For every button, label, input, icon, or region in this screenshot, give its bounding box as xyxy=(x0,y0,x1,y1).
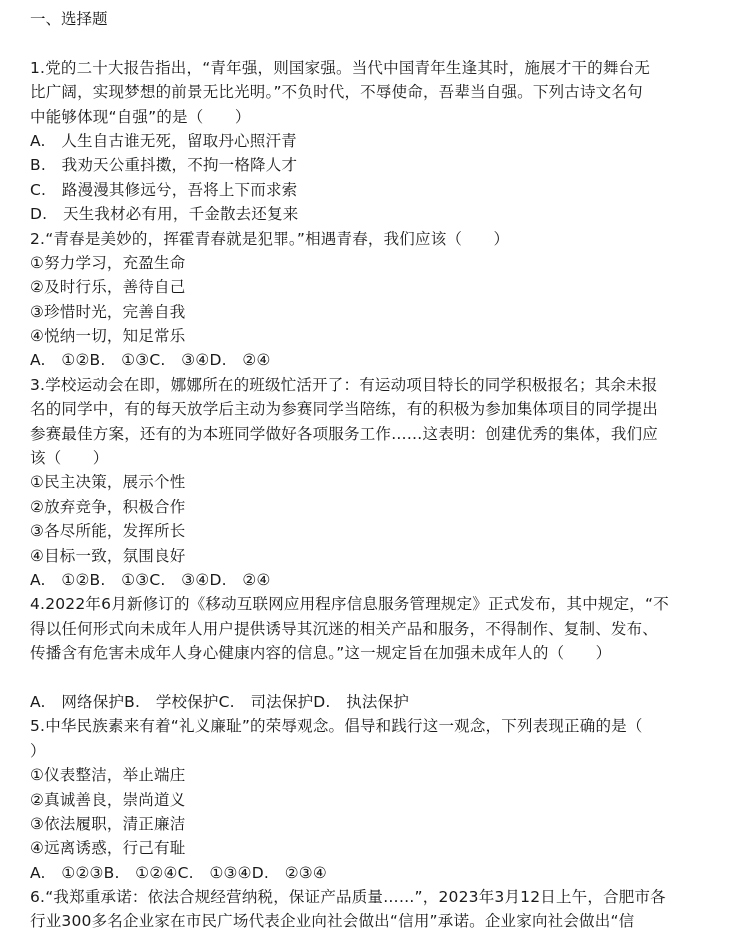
options-line: A. ①②B. ①③C. ③④D. ②④ xyxy=(30,348,710,372)
question-3: 3.学校运动会在即，娜娜所在的班级忙活开了：有运动项目特长的同学积极报名；其余未… xyxy=(30,373,710,593)
question-stem-line: 该（ ） xyxy=(30,446,710,470)
question-1: 1.党的二十大报告指出，“青年强，则国家强。当代中国青年生逢其时，施展才干的舞台… xyxy=(30,56,710,227)
statement-4: ④远离诱惑，行己有耻 xyxy=(30,836,710,860)
statement-1: ①仪表整洁，举止端庄 xyxy=(30,763,710,787)
statement-4: ④目标一致，氛围良好 xyxy=(30,544,710,568)
section-title: 一、选择题 xyxy=(30,7,710,31)
question-stem-line: 4.2022年6月新修订的《移动互联网应用程序信息服务管理规定》正式发布，其中规… xyxy=(30,592,710,616)
statement-2: ②真诚善良，崇尚道义 xyxy=(30,788,710,812)
question-stem-line: 比广阔，实现梦想的前景无比光明。”不负时代，不辱使命，吾辈当自强。下列古诗文名句 xyxy=(30,80,710,104)
question-stem-line: 3.学校运动会在即，娜娜所在的班级忙活开了：有运动项目特长的同学积极报名；其余未… xyxy=(30,373,710,397)
question-stem-line: 行业300多名企业家在市民广场代表企业向社会做出“信用”承诺。企业家向社会做出“… xyxy=(30,909,710,933)
statement-3: ③珍惜时光，完善自我 xyxy=(30,300,710,324)
question-stem-line: 1.党的二十大报告指出，“青年强，则国家强。当代中国青年生逢其时，施展才干的舞台… xyxy=(30,56,710,80)
question-stem-line: 中能够体现“自强”的是（ ） xyxy=(30,105,710,129)
statement-3: ③依法履职，清正廉洁 xyxy=(30,812,710,836)
question-4: 4.2022年6月新修订的《移动互联网应用程序信息服务管理规定》正式发布，其中规… xyxy=(30,592,710,714)
question-stem-line: 名的同学中，有的每天放学后主动为参赛同学当陪练，有的积极为参加集体项目的同学提出 xyxy=(30,397,710,421)
question-stem-line: ） xyxy=(30,739,710,763)
option-d: D. 天生我材必有用，千金散去还复来 xyxy=(30,202,710,226)
statement-2: ②及时行乐，善待自己 xyxy=(30,275,710,299)
statement-1: ①努力学习，充盈生命 xyxy=(30,251,710,275)
question-5: 5.中华民族素来有着“礼义廉耻”的荣辱观念。倡导和践行这一观念，下列表现正确的是… xyxy=(30,714,710,885)
question-6: 6.“我郑重承诺：依法合规经营纳税，保证产品质量……”，2023年3月12日上午… xyxy=(30,885,710,934)
blank-line xyxy=(30,666,710,690)
statement-4: ④悦纳一切，知足常乐 xyxy=(30,324,710,348)
exam-page: 一、选择题 1.党的二十大报告指出，“青年强，则国家强。当代中国青年生逢其时，施… xyxy=(30,7,710,934)
option-b: B. 我劝天公重抖擞，不拘一格降人才 xyxy=(30,153,710,177)
question-stem-line: 6.“我郑重承诺：依法合规经营纳税，保证产品质量……”，2023年3月12日上午… xyxy=(30,885,710,909)
question-stem-line: 得以任何形式向未成年人用户提供诱导其沉迷的相关产品和服务，不得制作、复制、发布、 xyxy=(30,617,710,641)
question-stem-line: 5.中华民族素来有着“礼义廉耻”的荣辱观念。倡导和践行这一观念，下列表现正确的是… xyxy=(30,714,710,738)
options-line: A. ①②③B. ①②④C. ①③④D. ②③④ xyxy=(30,861,710,885)
statement-1: ①民主决策，展示个性 xyxy=(30,470,710,494)
question-2: 2.“青春是美妙的，挥霍青春就是犯罪。”相遇青春，我们应该（ ） ①努力学习，充… xyxy=(30,227,710,373)
options-line: A. ①②B. ①③C. ③④D. ②④ xyxy=(30,568,710,592)
question-stem-line: 参赛最佳方案，还有的为本班同学做好各项服务工作……这表明：创建优秀的集体，我们应 xyxy=(30,422,710,446)
option-a: A. 人生自古谁无死，留取丹心照汗青 xyxy=(30,129,710,153)
statement-3: ③各尽所能，发挥所长 xyxy=(30,519,710,543)
options-line: A. 网络保护B. 学校保护C. 司法保护D. 执法保护 xyxy=(30,690,710,714)
option-c: C. 路漫漫其修远兮，吾将上下而求索 xyxy=(30,178,710,202)
question-stem-line: 2.“青春是美妙的，挥霍青春就是犯罪。”相遇青春，我们应该（ ） xyxy=(30,227,710,251)
question-stem-line: 传播含有危害未成年人身心健康内容的信息。”这一规定旨在加强未成年人的（ ） xyxy=(30,641,710,665)
statement-2: ②放弃竞争，积极合作 xyxy=(30,495,710,519)
